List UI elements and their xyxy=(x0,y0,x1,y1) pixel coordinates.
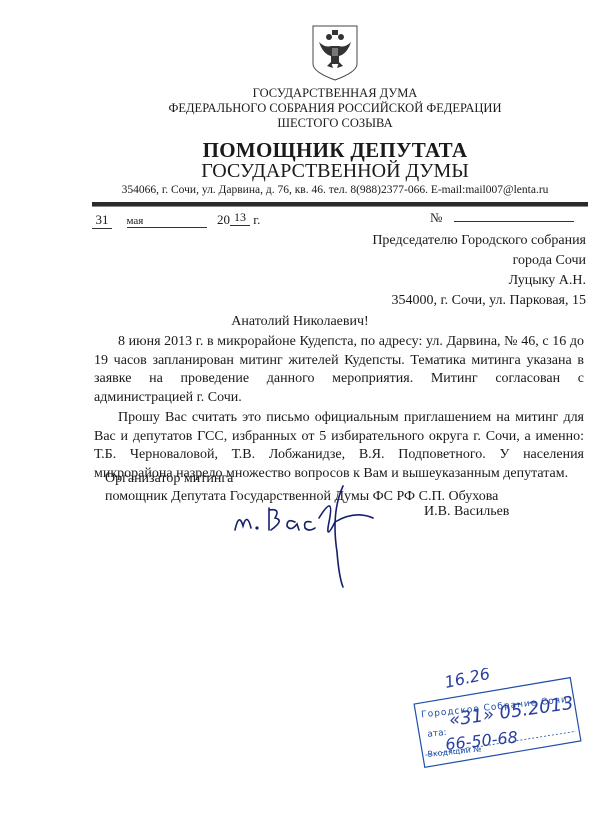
coat-of-arms-icon xyxy=(309,22,361,82)
recipient-line-2: города Сочи xyxy=(372,251,586,271)
number-label: № xyxy=(430,210,442,225)
stamp-date-value: «31» 05.2013 xyxy=(448,693,575,731)
handwritten-signature-icon xyxy=(225,482,375,592)
stamp-time: 16.26 xyxy=(443,668,492,692)
stamp-incoming-value: 66-50-68 xyxy=(444,727,518,753)
letterhead-subtitle: ГОСУДАРСТВЕННОЙ ДУМЫ xyxy=(0,160,600,183)
paragraph-1-text: 8 июня 2013 г. в микрорайоне Кудепста, п… xyxy=(94,334,584,405)
salutation: Анатолий Николаевич! xyxy=(0,314,600,330)
doc-number-field: № xyxy=(430,210,574,226)
paragraph-1: 8 июня 2013 г. в микрорайоне Кудепста, п… xyxy=(94,333,584,407)
number-value xyxy=(454,221,574,222)
date-year-prefix: 20 xyxy=(217,212,230,227)
letterhead-address: 354066, г. Сочи, ул. Дарвина, д. 76, кв.… xyxy=(0,184,600,196)
recipient-line-4: 354000, г. Сочи, ул. Парковая, 15 xyxy=(372,291,586,311)
recipient-line-1: Председателю Городского собрания xyxy=(372,231,586,251)
incoming-stamp: Городское Собрание Сочи ата: Входящий № … xyxy=(402,668,582,768)
header-divider xyxy=(92,202,588,207)
date-year-label: г. xyxy=(253,212,260,227)
date-day: 31 xyxy=(92,212,112,229)
signer-name: И.В. Васильев xyxy=(424,504,509,520)
date-month: мая xyxy=(127,215,207,228)
date-year-suffix: 13 xyxy=(230,210,250,226)
org-line-1: ГОСУДАРСТВЕННАЯ ДУМА xyxy=(0,86,600,101)
recipient-line-3: Луцыку А.Н. xyxy=(372,271,586,291)
org-line-2: ФЕДЕРАЛЬНОГО СОБРАНИЯ РОССИЙСКОЙ ФЕДЕРАЦ… xyxy=(0,101,600,116)
recipient-block: Председателю Городского собрания города … xyxy=(372,231,586,311)
date-field: 31 мая 2013 г. xyxy=(92,210,260,229)
org-line-3: ШЕСТОГО СОЗЫВА xyxy=(0,116,600,131)
